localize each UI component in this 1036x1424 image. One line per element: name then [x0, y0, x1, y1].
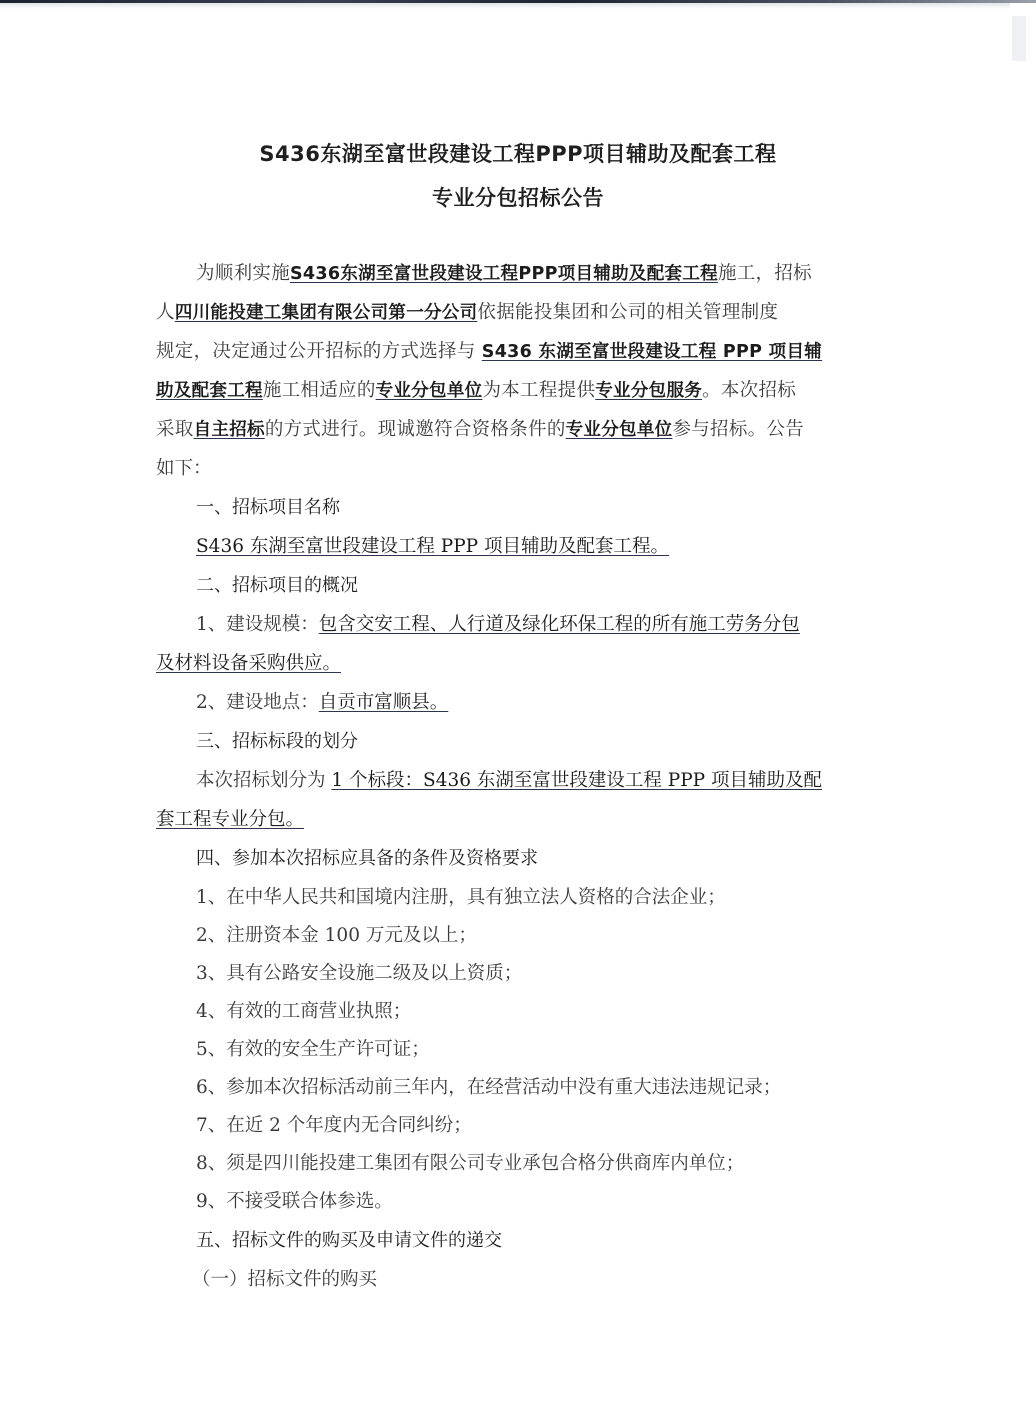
section-3-line-2: 套工程专业分包。: [156, 808, 304, 832]
lot-underlined: 1 个标段：S436 东湖至富世段建设工程 PPP 项目辅助及配: [331, 770, 822, 791]
document-title-line-2: 专业分包招标公告: [0, 182, 1036, 212]
document-page: S436东湖至富世段建设工程PPP项目辅助及配套工程 专业分包招标公告 为顺利实…: [0, 0, 1036, 1424]
section-4-heading: 四、参加本次招标应具备的条件及资格要求: [196, 847, 538, 871]
intro-line-2: 人四川能投建工集团有限公司第一分公司依据能投集团和公司的相关管理制度: [156, 301, 778, 325]
intro-line-3: 规定，决定通过公开招标的方式选择与 S436 东湖至富世段建设工程 PPP 项目…: [156, 340, 822, 364]
section-5-sub-1: （一）招标文件的购买: [192, 1268, 377, 1292]
intro-text: 施工相适应的: [263, 380, 376, 401]
section-5-heading: 五、招标文件的购买及申请文件的递交: [196, 1229, 502, 1253]
subcontractor-underlined: 专业分包单位: [376, 381, 483, 401]
service-underlined: 专业分包服务: [595, 381, 702, 401]
requirement-item: 9、不接受联合体参选。: [196, 1190, 393, 1214]
location-underlined: 自贡市富顺县。: [319, 692, 449, 713]
section-3-heading: 三、招标标段的划分: [196, 730, 358, 754]
project-name-underlined: S436 东湖至富世段建设工程 PPP 项目辅: [482, 342, 822, 362]
requirement-item: 2、注册资本金 100 万元及以上；: [196, 924, 477, 948]
section-2-item-2: 2、建设地点：自贡市富顺县。: [196, 691, 448, 715]
intro-text: 依据能投集团和公司的相关管理制度: [477, 302, 778, 323]
intro-text: 施工，招标: [718, 263, 812, 284]
subcontractor-underlined: 专业分包单位: [566, 420, 673, 440]
section-2-item-1-cont: 及材料设备采购供应。: [156, 652, 341, 676]
intro-line-4: 助及配套工程施工相适应的专业分包单位为本工程提供专业分包服务。本次招标: [156, 379, 796, 403]
intro-text: 人: [156, 302, 175, 323]
section-text: 本次招标划分为: [196, 770, 331, 791]
lot-underlined: 套工程专业分包。: [156, 809, 304, 830]
project-name-underlined: S436 东湖至富世段建设工程 PPP 项目辅助及配套工程。: [196, 536, 669, 557]
requirement-item: 1、在中华人民共和国境内注册，具有独立法人资格的合法企业；: [196, 886, 726, 910]
scale-underlined: 及材料设备采购供应。: [156, 653, 341, 674]
item-label: 1、建设规模：: [196, 614, 319, 635]
section-3-line-1: 本次招标划分为 1 个标段：S436 东湖至富世段建设工程 PPP 项目辅助及配: [196, 769, 822, 793]
intro-line-1: 为顺利实施S436东湖至富世段建设工程PPP项目辅助及配套工程施工，招标: [196, 262, 812, 286]
project-name-underlined: 助及配套工程: [156, 381, 263, 401]
tender-method-underlined: 自主招标: [194, 420, 265, 440]
intro-text: 为顺利实施: [196, 263, 290, 284]
intro-text: 为本工程提供: [482, 380, 595, 401]
intro-text: 。本次招标: [702, 380, 796, 401]
intro-text: 规定，决定通过公开招标的方式选择与: [156, 341, 482, 362]
intro-text: 参与招标。公告: [672, 419, 804, 440]
scale-underlined: 包含交安工程、人行道及绿化环保工程的所有施工劳务分包: [319, 614, 800, 635]
intro-text: 的方式进行。现诚邀符合资格条件的: [265, 419, 566, 440]
requirement-item: 4、有效的工商营业执照；: [196, 1000, 411, 1024]
intro-text: 采取: [156, 419, 194, 440]
section-2-item-1: 1、建设规模：包含交安工程、人行道及绿化环保工程的所有施工劳务分包: [196, 613, 800, 637]
requirement-item: 5、有效的安全生产许可证；: [196, 1038, 430, 1062]
tenderer-name-underlined: 四川能投建工集团有限公司第一分公司: [175, 303, 478, 323]
item-label: 2、建设地点：: [196, 692, 319, 713]
section-2-heading: 二、招标项目的概况: [196, 574, 358, 598]
requirement-item: 8、须是四川能投建工集团有限公司专业承包合格分供商库内单位；: [196, 1152, 744, 1176]
section-1-content: S436 东湖至富世段建设工程 PPP 项目辅助及配套工程。: [196, 535, 669, 559]
intro-line-5: 采取自主招标的方式进行。现诚邀符合资格条件的专业分包单位参与招标。公告: [156, 418, 804, 442]
section-1-heading: 一、招标项目名称: [196, 496, 340, 520]
requirement-item: 3、具有公路安全设施二级及以上资质；: [196, 962, 522, 986]
project-name-underlined: S436东湖至富世段建设工程PPP项目辅助及配套工程: [290, 264, 718, 284]
requirement-item: 6、参加本次招标活动前三年内，在经营活动中没有重大违法违规记录；: [196, 1076, 781, 1100]
intro-line-6: 如下：: [156, 457, 212, 481]
document-title-line-1: S436东湖至富世段建设工程PPP项目辅助及配套工程: [0, 138, 1036, 168]
requirement-item: 7、在近 2 个年度内无合同纠纷；: [196, 1114, 472, 1138]
